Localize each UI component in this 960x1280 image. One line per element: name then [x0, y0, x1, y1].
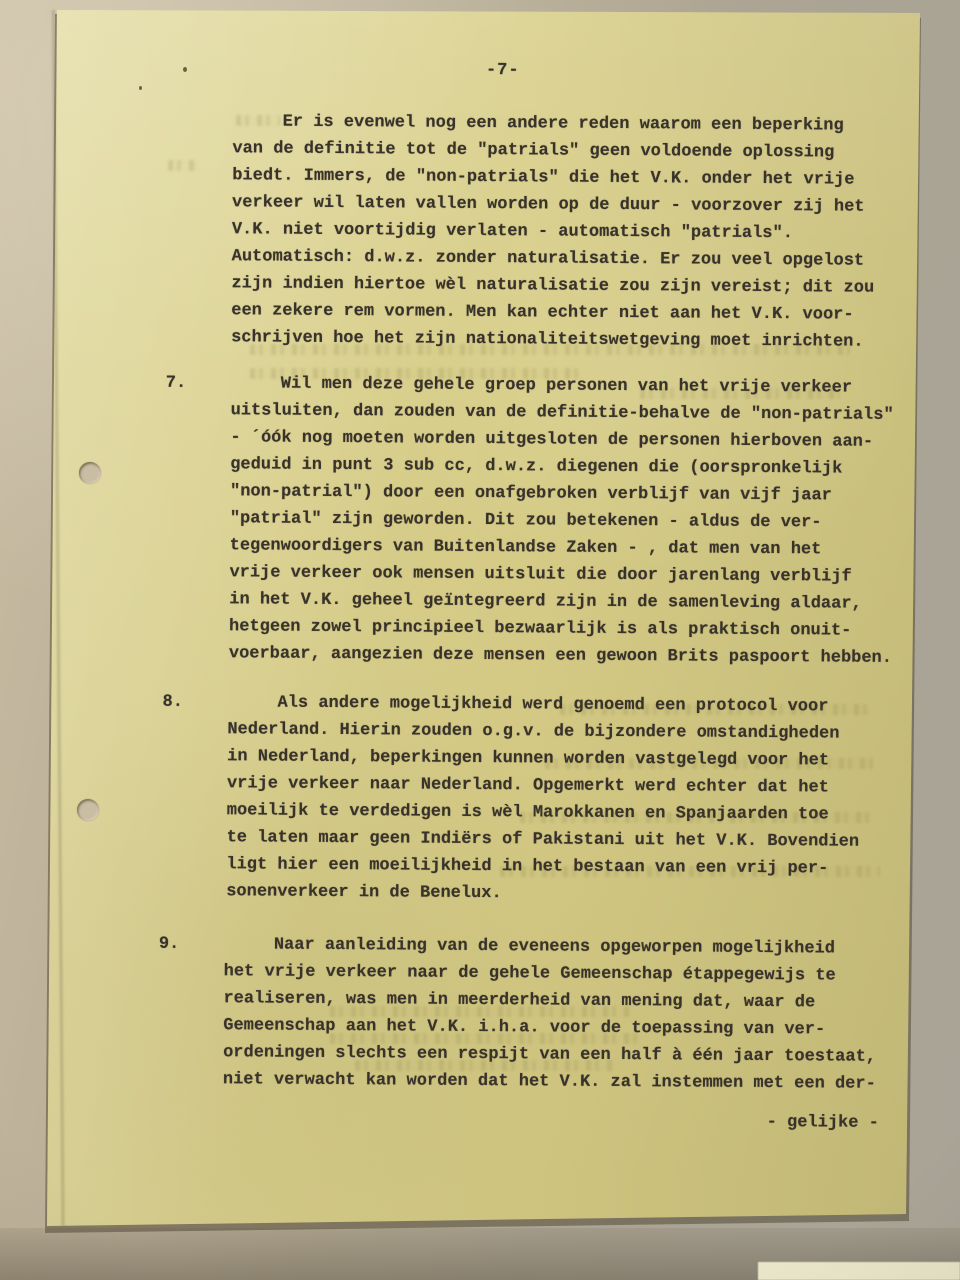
paragraph: Er is evenwel nog een andere reden waaro…: [231, 108, 913, 356]
paragraph-number: 7.: [166, 370, 187, 397]
paragraph: 8. Als andere mogelijkheid werd genoemd …: [226, 689, 907, 910]
catchword: - gelijke -: [767, 1113, 879, 1134]
paragraph-number: 9.: [159, 931, 180, 958]
photo-background: -7- Er is evenwel nog een andere reden w…: [0, 0, 960, 1280]
text-line: voerbaar, aangezien deze mensen een gewo…: [229, 640, 919, 672]
page-number: -7-: [486, 61, 520, 81]
paragraph: 7. Wil men deze gehele groep personen va…: [229, 370, 921, 672]
paragraph-body: Er is evenwel nog een andere reden waaro…: [231, 108, 913, 356]
typewritten-text-layer: -7- Er is evenwel nog een andere reden w…: [0, 0, 960, 1280]
text-line: sonenverkeer in de Benelux.: [226, 878, 906, 910]
text-line: niet verwacht kan worden dat het V.K. za…: [223, 1066, 903, 1098]
paragraph-number: 8.: [162, 689, 183, 716]
paragraph-body: Naar aanleiding van de eveneens opgeworp…: [223, 931, 904, 1098]
paragraph-body: Als andere mogelijkheid werd genoemd een…: [226, 689, 907, 910]
text-line: schrijven hoe het zijn nationaliteitswet…: [231, 324, 911, 356]
paragraph-body: Wil men deze gehele groep personen van h…: [229, 370, 921, 672]
paragraph: 9. Naar aanleiding van de eveneens opgew…: [223, 931, 904, 1098]
